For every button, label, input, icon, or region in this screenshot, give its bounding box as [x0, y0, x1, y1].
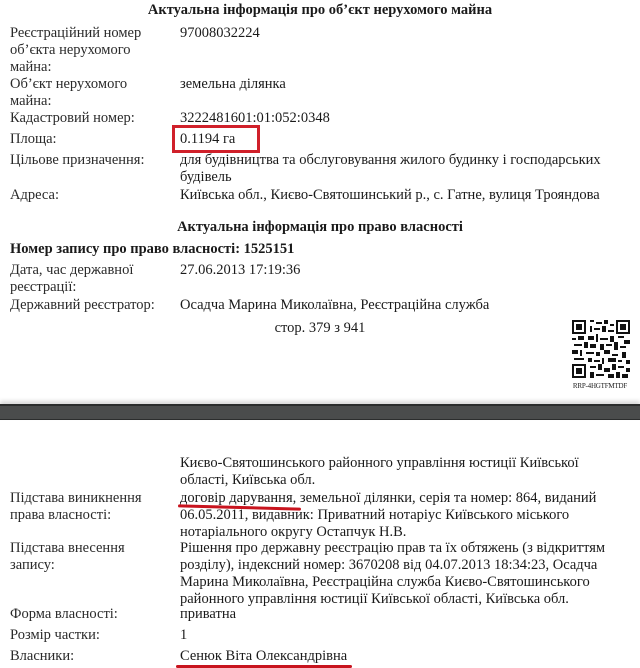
- field-label: Адреса:: [10, 187, 180, 204]
- field-registration-number: Реєстраційний номер об’єкта нерухомого м…: [10, 25, 635, 76]
- field-label: Державний реєстратор:: [10, 297, 180, 314]
- field-value: для будівництва та обслуговування жилого…: [180, 152, 635, 186]
- field-label: Об’єкт нерухомого майна:: [10, 76, 180, 110]
- field-value: Сенюк Віта Олександрівна: [180, 648, 635, 665]
- field-value: 97008032224: [180, 25, 635, 76]
- field-object-type: Об’єкт нерухомого майна: земельна ділянк…: [10, 76, 635, 110]
- field-value: Києво-Святошинського районного управлінн…: [180, 455, 635, 489]
- field-label: Дата, час державної реєстрації:: [10, 262, 180, 296]
- field-value: 27.06.2013 17:19:36: [180, 262, 635, 296]
- field-value: Осадча Марина Миколаївна, Реєстраційна с…: [180, 297, 635, 314]
- field-ownership-form: Форма власності: приватна: [10, 606, 635, 623]
- field-value: 1: [180, 627, 635, 644]
- field-purpose: Цільове призначення: для будівництва та …: [10, 152, 635, 186]
- field-state-registrar: Державний реєстратор: Осадча Марина Мико…: [10, 297, 635, 314]
- field-value: договір дарування, земельної ділянки, се…: [180, 490, 635, 541]
- object-section-heading: Актуальна інформація про об’єкт нерухомо…: [0, 2, 640, 19]
- field-label: Форма власності:: [10, 606, 180, 623]
- field-label: Власники:: [10, 648, 180, 665]
- field-registration-date: Дата, час державної реєстрації: 27.06.20…: [10, 262, 635, 296]
- field-area: Площа: 0.1194 га: [10, 131, 635, 148]
- field-ownership-basis: Підстава виникнення права власності: дог…: [10, 490, 635, 541]
- registrar-continued: Києво-Святошинського районного управлінн…: [10, 455, 635, 489]
- field-label: Площа:: [10, 131, 180, 148]
- field-label: Підстава внесення запису:: [10, 540, 180, 608]
- field-value: Київська обл., Києво-Святошинський р., с…: [180, 187, 635, 204]
- field-label: Реєстраційний номер об’єкта нерухомого м…: [10, 25, 180, 76]
- field-value: приватна: [180, 606, 635, 623]
- empty-label: [10, 455, 180, 489]
- ownership-record-number: Номер запису про право власності: 152515…: [10, 241, 294, 258]
- page-number: стор. 379 з 941: [0, 320, 640, 337]
- qr-code-icon: [572, 320, 630, 378]
- field-label: Кадастровий номер:: [10, 110, 180, 127]
- field-share-size: Розмір частки: 1: [10, 627, 635, 644]
- field-address: Адреса: Київська обл., Києво-Святошинськ…: [10, 187, 635, 204]
- field-value: земельна ділянка: [180, 76, 635, 110]
- page-separator: [0, 404, 640, 420]
- field-label: Цільове призначення:: [10, 152, 180, 186]
- field-owners: Власники: Сенюк Віта Олександрівна: [10, 648, 635, 665]
- document-page-top: Актуальна інформація про об’єкт нерухомо…: [0, 0, 640, 398]
- qr-code-label: RRP-4HGTFMTDF: [560, 382, 640, 390]
- ownership-section-heading: Актуальна інформація про право власності: [0, 219, 640, 236]
- field-record-basis: Підстава внесення запису: Рішення про де…: [10, 540, 635, 608]
- field-value: Рішення про державну реєстрацію прав та …: [180, 540, 635, 608]
- area-highlight-box: [172, 125, 260, 153]
- field-label: Підстава виникнення права власності:: [10, 490, 180, 541]
- field-label: Розмір частки:: [10, 627, 180, 644]
- document-page-bottom: Києво-Святошинського районного управлінн…: [0, 424, 640, 668]
- field-cadastral-number: Кадастровий номер: 3222481601:01:052:034…: [10, 110, 635, 127]
